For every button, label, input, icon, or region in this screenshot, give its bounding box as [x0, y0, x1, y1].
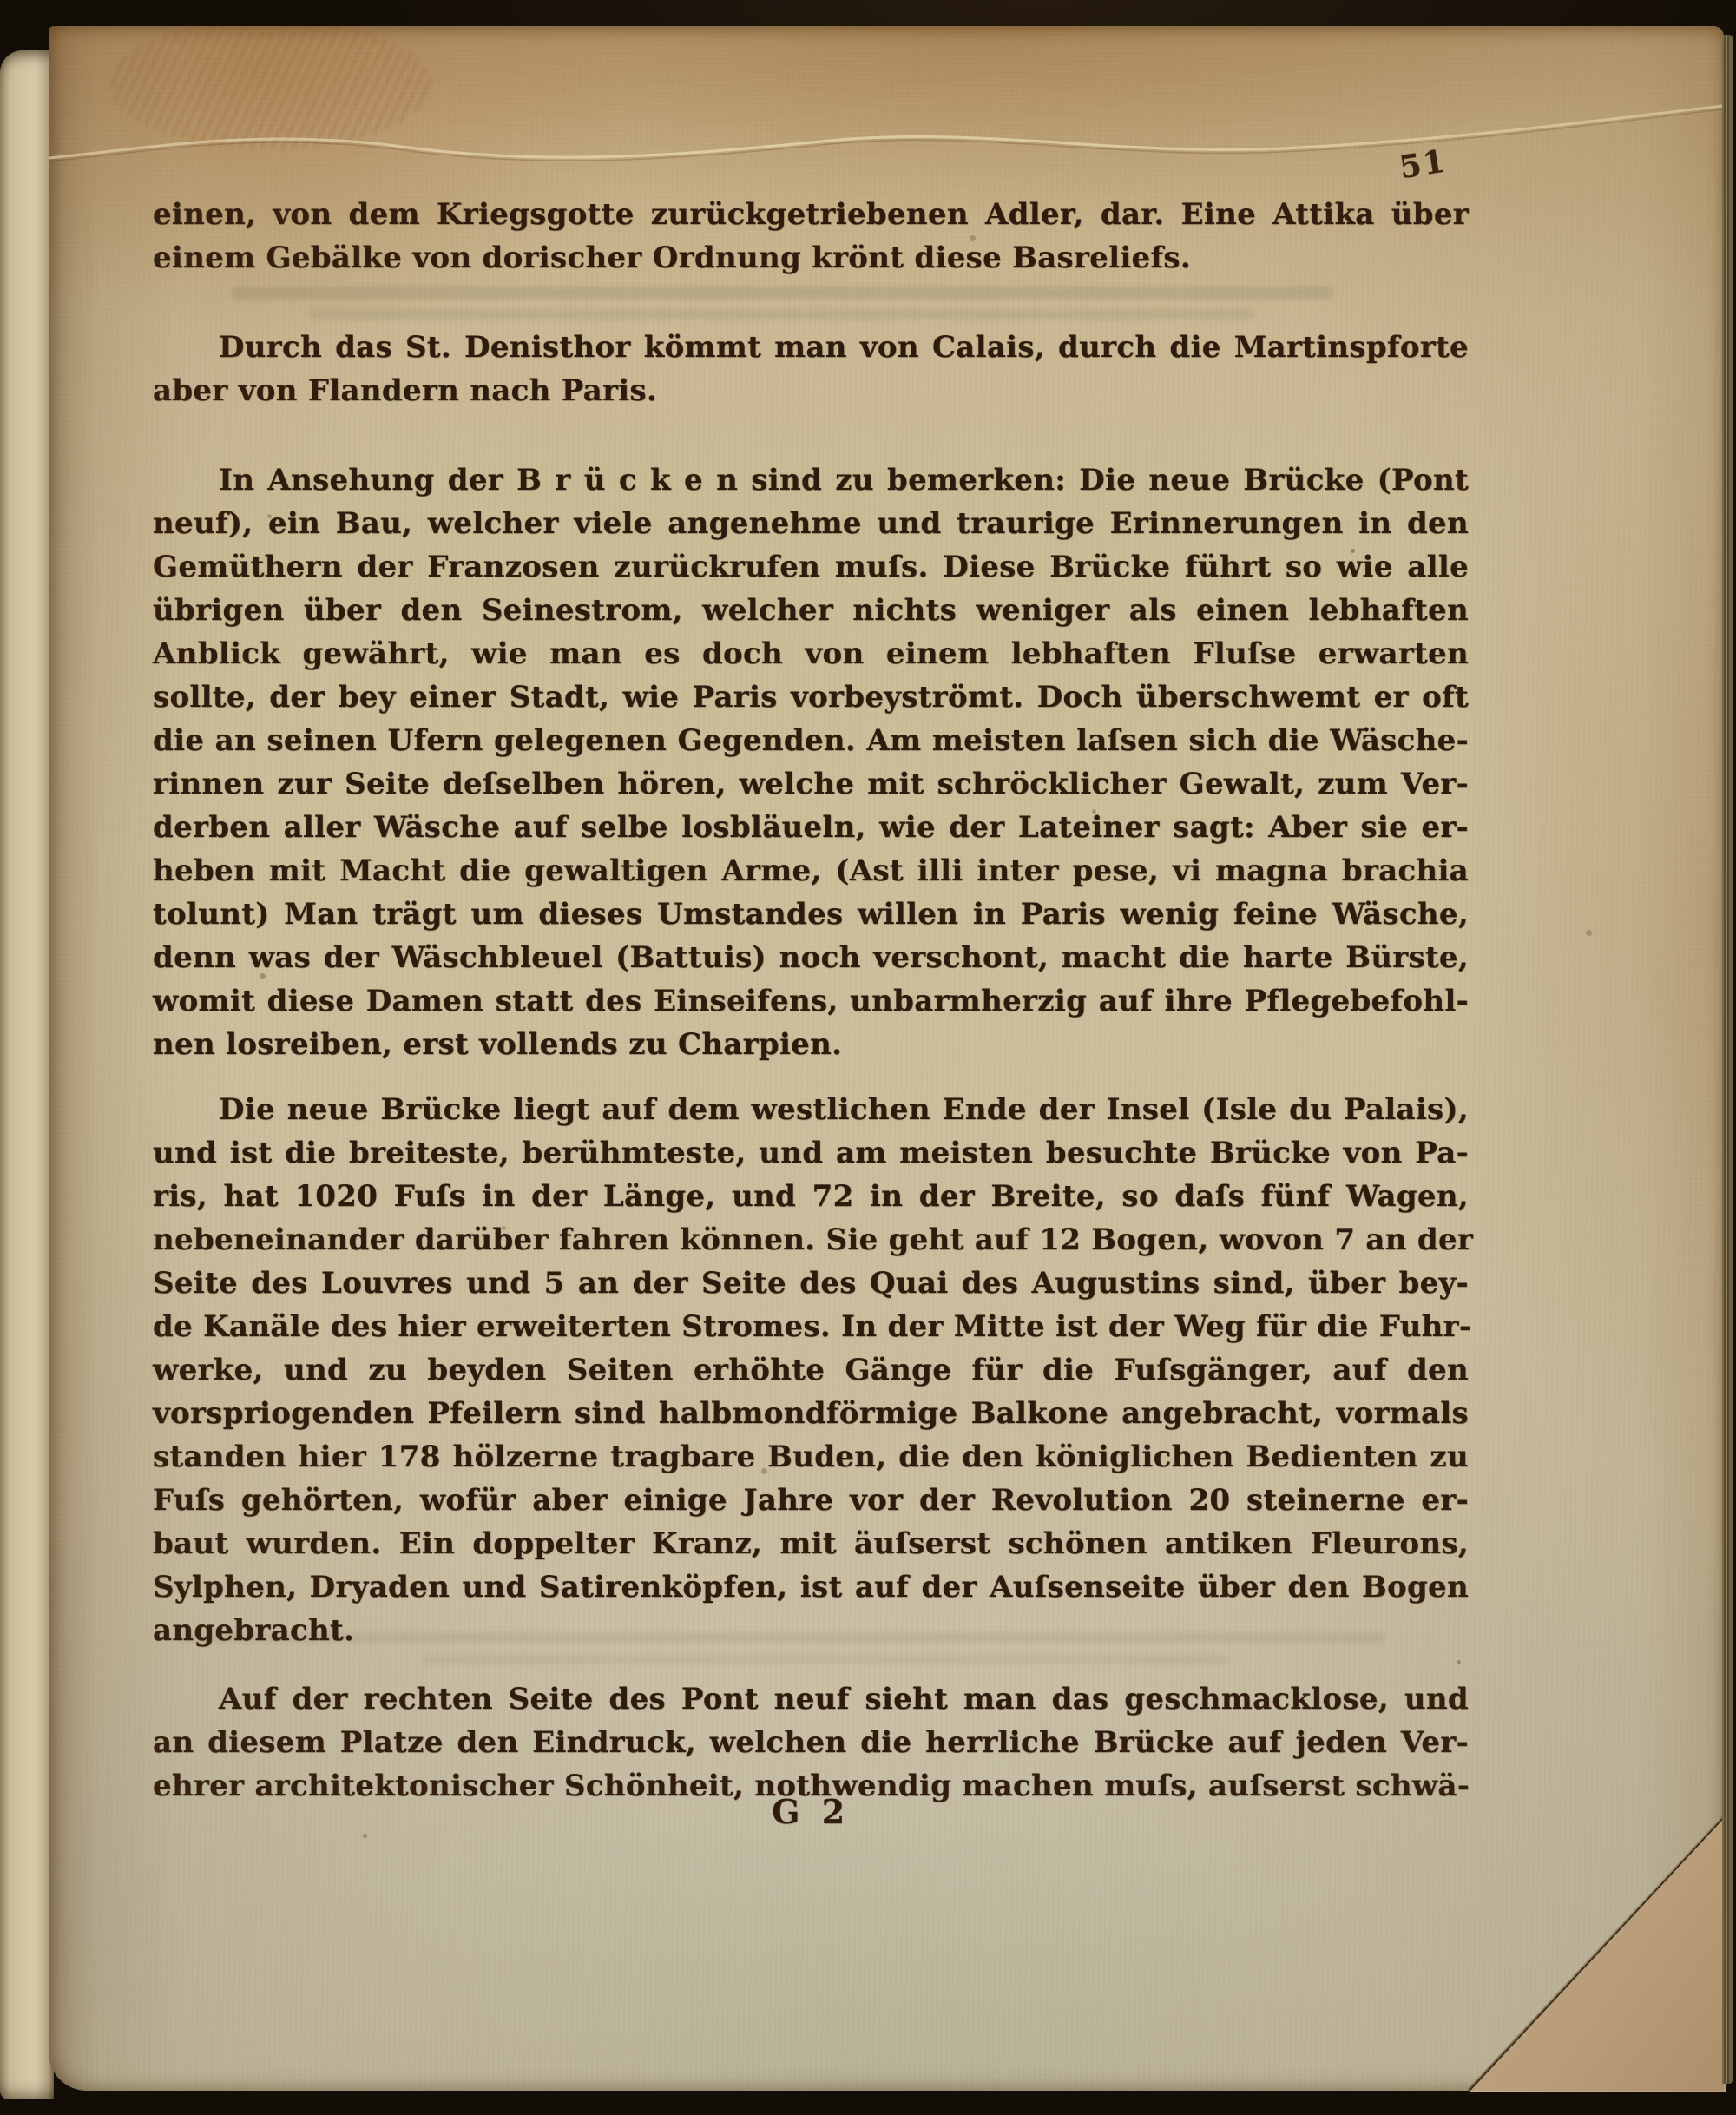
text-line: ris, hat 1020 Fuſs in der Länge, und 72 …	[153, 1175, 1469, 1218]
text-line: und ist die breiteste, berühmteste, und …	[153, 1131, 1469, 1175]
paragraph: Die neue Brücke liegt auf dem westlichen…	[153, 1088, 1469, 1652]
page-stack-edge	[1722, 35, 1733, 2084]
text-line: Fuſs gehörten, wofür aber einige Jahre v…	[153, 1479, 1469, 1522]
text-line: Sylphen, Dryaden und Satirenköpfen, ist …	[153, 1565, 1469, 1609]
text-line: werke, und zu beyden Seiten erhöhte Gäng…	[153, 1348, 1469, 1392]
paragraph: einen, von dem Kriegsgotte zurückgetrieb…	[153, 193, 1469, 280]
rust-stain	[109, 19, 431, 149]
text-line: angebracht.	[153, 1609, 1469, 1652]
text-line: Seite des Louvres und 5 an der Seite des…	[153, 1262, 1469, 1305]
text-line: an diesem Platze den Eindruck, welchen d…	[153, 1721, 1469, 1764]
text-line: einem Gebälke von dorischer Ordnung krön…	[153, 236, 1469, 280]
text-line: rinnen zur Seite deſselben hören, welche…	[153, 762, 1469, 806]
text-line: nebeneinander darüber fahren können. Sie…	[153, 1218, 1469, 1262]
page-number: 51	[1397, 135, 1496, 187]
paragraph: Durch das St. Denisthor kömmt man von Ca…	[153, 326, 1469, 412]
text-block: einen, von dem Kriegsgotte zurückgetrieb…	[153, 193, 1469, 1808]
text-line: baut wurden. Ein doppelter Kranz, mit äu…	[153, 1522, 1469, 1565]
text-line: Durch das St. Denisthor kömmt man von Ca…	[153, 326, 1469, 369]
text-line: Auf der rechten Seite des Pont neuf sieh…	[153, 1677, 1469, 1721]
text-line: Anblick gewährt, wie man es doch von ein…	[153, 632, 1469, 675]
previous-page-edge	[0, 50, 54, 2099]
text-line: standen hier 178 hölzerne tragbare Buden…	[153, 1435, 1469, 1479]
text-line: nen losreiben, erst vollends zu Charpien…	[153, 1023, 1469, 1066]
text-line: derben aller Wäsche auf selbe losbläueln…	[153, 806, 1469, 849]
text-line: einen, von dem Kriegsgotte zurückgetrieb…	[153, 193, 1469, 236]
text-line: Die neue Brücke liegt auf dem westlichen…	[153, 1088, 1469, 1131]
text-line: vorspriogenden Pfeilern sind halbmondför…	[153, 1392, 1469, 1435]
signature-mark: G 2	[153, 1792, 1469, 1831]
text-line: de Kanäle des hier erweiterten Stromes. …	[153, 1305, 1469, 1348]
text-line: heben mit Macht die gewaltigen Arme, (As…	[153, 849, 1469, 893]
text-line: denn was der Wäschbleuel (Battuis) noch …	[153, 936, 1469, 979]
text-line: sollte, der bey einer Stadt, wie Paris v…	[153, 675, 1469, 719]
text-line: tolunt) Man trägt um dieses Umstandes wi…	[153, 893, 1469, 936]
text-line: übrigen über den Seinestrom, welcher nic…	[153, 589, 1469, 632]
text-line: womit diese Damen statt des Einseifens, …	[153, 979, 1469, 1023]
text-line: die an seinen Ufern gelegenen Gegenden. …	[153, 719, 1469, 762]
text-line: In Ansehung der B r ü c k e n sind zu be…	[153, 458, 1469, 502]
text-line: aber von Flandern nach Paris.	[153, 369, 1469, 412]
foxing-specks	[49, 26, 53, 30]
paragraph: In Ansehung der B r ü c k e n sind zu be…	[153, 458, 1469, 1066]
text-line: neuf), ein Bau, welcher viele angenehme …	[153, 502, 1469, 545]
page: 51 einen, von dem Kriegsgotte zurückgetr…	[49, 26, 1724, 2091]
paragraph: Auf der rechten Seite des Pont neuf sieh…	[153, 1677, 1469, 1808]
text-line: Gemüthern der Franzosen zurückrufen muſs…	[153, 545, 1469, 589]
book-page-scan: 51 einen, von dem Kriegsgotte zurückgetr…	[0, 0, 1736, 2115]
